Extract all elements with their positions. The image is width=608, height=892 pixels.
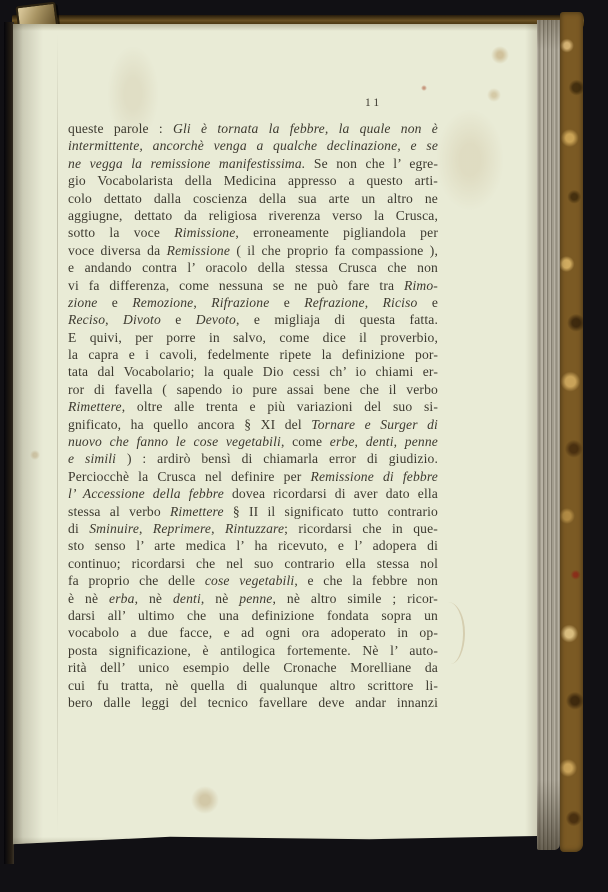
text-segment: Perciocchè la Crusca nel definire per (68, 469, 310, 484)
text-line: stessa al verbo Rimettere § II il signif… (68, 503, 438, 520)
text-segment: e andando contra l’ oracolo della stessa… (68, 260, 438, 275)
text-segment: , nè altro simile ; ricor- (273, 591, 439, 606)
text-segment: e (417, 295, 438, 310)
text-line: di Sminuire, Reprimere, Rintuzzare; rico… (68, 520, 438, 537)
text-segment: , e migliaja di questa fatta. (236, 312, 438, 327)
text-segment: posta significazione, è antilogica forte… (68, 643, 438, 658)
italic-text-segment: Rimettere (170, 504, 224, 519)
text-line: darsi all’ ultimo che una definizione fo… (68, 607, 438, 624)
italic-text-segment: Rifrazione (211, 295, 269, 310)
text-line: ne vegga la remissione manifestissima. S… (68, 155, 438, 172)
text-line: posta significazione, è antilogica forte… (68, 642, 438, 659)
text-segment: , oltre alle trenta e più variazioni del… (122, 399, 438, 414)
text-segment: sotto la voce (68, 225, 174, 240)
italic-text-segment: Remissione di febbre (310, 469, 438, 484)
text-segment: darsi all’ ultimo che una definizione fo… (68, 608, 438, 623)
italic-text-segment: intermittente, ancorchè venga a qualche … (68, 138, 438, 153)
italic-text-segment: Remozione (132, 295, 193, 310)
page-fore-edge (537, 20, 560, 850)
text-segment: , (365, 295, 383, 310)
text-segment: la capra e i cavoli, fedelmente ripete l… (68, 347, 438, 362)
text-segment: tata dal Vocabolario; la quale Dio cessi… (68, 364, 438, 379)
text-line: è nè erba, nè denti, nè penne, nè altro … (68, 590, 438, 607)
italic-text-segment: Rimettere (68, 399, 122, 414)
text-block: queste parole : Gli è tornata la febbre,… (68, 120, 438, 711)
italic-text-segment: Refrazione (304, 295, 364, 310)
text-line: intermittente, ancorchè venga a qualche … (68, 137, 438, 154)
italic-text-segment: penne (239, 591, 272, 606)
text-segment: aggiugne, dettato da religiosa riverenza… (68, 208, 438, 223)
text-line: E quivi, per porre in salvo, come dice i… (68, 329, 438, 346)
text-segment: § II il significato tutto contrario (224, 504, 438, 519)
text-segment: , (211, 521, 225, 536)
text-segment: , (394, 434, 405, 449)
text-segment: , come (281, 434, 330, 449)
italic-text-segment: erbe (330, 434, 355, 449)
text-line: ror di favella ( sapendo io pure assai b… (68, 381, 438, 398)
italic-text-segment: Riciso (383, 295, 418, 310)
text-segment: e (97, 295, 132, 310)
book-scan-photo: 11 queste parole : Gli è tornata la febb… (0, 0, 608, 892)
italic-text-segment: Reciso (68, 312, 105, 327)
text-segment: , (105, 312, 123, 327)
text-segment: ) : ardirò bensì di chiamarla error di g… (116, 451, 438, 466)
text-segment: dovea ricordarsi di aver dato ella (224, 486, 438, 501)
book-page: 11 queste parole : Gli è tornata la febb… (13, 24, 537, 845)
text-segment: , (139, 521, 153, 536)
text-line: continuo; ricordarsi che nel suo contrar… (68, 555, 438, 572)
text-line: tata dal Vocabolario; la quale Dio cessi… (68, 363, 438, 380)
italic-text-segment: penne (405, 434, 438, 449)
italic-text-segment: Devoto (196, 312, 236, 327)
text-line: queste parole : Gli è tornata la febbre,… (68, 120, 438, 137)
text-segment: gio Vocabolarista della Medicina appress… (68, 173, 438, 188)
text-line: e simili ) : ardirò bensì di chiamarla e… (68, 450, 438, 467)
text-segment: ror di favella ( sapendo io pure assai b… (68, 382, 438, 397)
gutter-crease (57, 34, 58, 834)
text-segment: , nè (201, 591, 239, 606)
text-line: gio Vocabolarista della Medicina appress… (68, 172, 438, 189)
text-segment: Se non che l’ egre- (305, 156, 438, 171)
italic-text-segment: Remissione (167, 243, 230, 258)
italic-text-segment: l’ Accessione della febbre (68, 486, 224, 501)
text-line: sotto la voce Rimissione, erroneamente p… (68, 224, 438, 241)
text-line: e andando contra l’ oracolo della stessa… (68, 259, 438, 276)
italic-text-segment: Gli è tornata la febbre, la quale non è (173, 121, 438, 136)
text-segment: , erroneamente pigliandola per (235, 225, 438, 240)
text-line: vocabolo a due facce, e ad ogni ora adop… (68, 624, 438, 641)
text-line: Rimettere, oltre alle trenta e più varia… (68, 398, 438, 415)
italic-text-segment: Divoto (123, 312, 161, 327)
italic-text-segment: nuovo che fanno le cose vegetabili (68, 434, 281, 449)
text-segment: gnificato, ha quello ancora § XI del (68, 417, 311, 432)
text-line: gnificato, ha quello ancora § XI del Tor… (68, 416, 438, 433)
text-segment: vi fa differenza, come nessuna se ne può… (68, 278, 404, 293)
italic-text-segment: ne vegga la remissione manifestissima. (68, 156, 305, 171)
text-segment: , (193, 295, 211, 310)
text-segment: di (68, 521, 89, 536)
text-segment: voce diversa da (68, 243, 167, 258)
italic-text-segment: zione (68, 295, 97, 310)
text-line: zione e Remozione, Rifrazione e Refrazio… (68, 294, 438, 311)
text-segment: , e che la febbre non (294, 573, 438, 588)
text-segment: vocabolo a due facce, e ad ogni ora adop… (68, 625, 438, 640)
text-segment: è nè (68, 591, 109, 606)
text-line: aggiugne, dettato da religiosa riverenza… (68, 207, 438, 224)
text-segment: ( il che proprio fa compassione ), (230, 243, 438, 258)
text-segment: sto senso l’ arte medica l’ ha ricevuto,… (68, 538, 438, 553)
text-segment: continuo; ricordarsi che nel suo contrar… (68, 556, 438, 571)
paper-crease (441, 602, 465, 664)
text-segment: , nè (135, 591, 173, 606)
page-number: 11 (365, 97, 382, 109)
italic-text-segment: Rintuzzare (225, 521, 284, 536)
text-line: l’ Accessione della febbre dovea ricorda… (68, 485, 438, 502)
text-segment: cui fu tratta, nè quella di qualunque al… (68, 678, 438, 693)
italic-text-segment: Reprimere (153, 521, 211, 536)
italic-text-segment: denti (366, 434, 394, 449)
text-line: cui fu tratta, nè quella di qualunque al… (68, 677, 438, 694)
text-segment: e (161, 312, 196, 327)
text-line: nuovo che fanno le cose vegetabili, come… (68, 433, 438, 450)
italic-text-segment: erba (109, 591, 135, 606)
marbled-cover-edge (560, 12, 583, 852)
text-line: Perciocchè la Crusca nel definire per Re… (68, 468, 438, 485)
text-segment: e (269, 295, 304, 310)
italic-text-segment: Rimissione (174, 225, 235, 240)
text-line: sto senso l’ arte medica l’ ha ricevuto,… (68, 537, 438, 554)
text-segment: rità dell’ unico esempio delle Cronache … (68, 660, 438, 675)
italic-text-segment: Sminuire (89, 521, 139, 536)
text-segment: ; ricordarsi che in que- (284, 521, 438, 536)
italic-text-segment: Rimo- (404, 278, 438, 293)
text-segment: queste parole : (68, 121, 173, 136)
text-line: colo dettato dalla coscienza della sua a… (68, 190, 438, 207)
text-segment: stessa al verbo (68, 504, 170, 519)
text-line: fa proprio che delle cose vegetabili, e … (68, 572, 438, 589)
text-line: bero dalle leggi del tecnico favellare d… (68, 694, 438, 711)
text-line: vi fa differenza, come nessuna se ne può… (68, 277, 438, 294)
italic-text-segment: Tornare e Surger di (311, 417, 438, 432)
text-line: Reciso, Divoto e Devoto, e migliaja di q… (68, 311, 438, 328)
text-segment: colo dettato dalla coscienza della sua a… (68, 191, 438, 206)
text-segment: fa proprio che delle (68, 573, 205, 588)
italic-text-segment: e simili (68, 451, 116, 466)
text-segment: E quivi, per porre in salvo, come dice i… (68, 330, 438, 345)
book-spine-shadow (4, 22, 14, 864)
text-segment: , (355, 434, 366, 449)
text-line: rità dell’ unico esempio delle Cronache … (68, 659, 438, 676)
italic-text-segment: cose vegetabili (205, 573, 294, 588)
italic-text-segment: denti (173, 591, 201, 606)
text-segment: bero dalle leggi del tecnico favellare d… (68, 695, 438, 710)
text-line: voce diversa da Remissione ( il che prop… (68, 242, 438, 259)
text-line: la capra e i cavoli, fedelmente ripete l… (68, 346, 438, 363)
